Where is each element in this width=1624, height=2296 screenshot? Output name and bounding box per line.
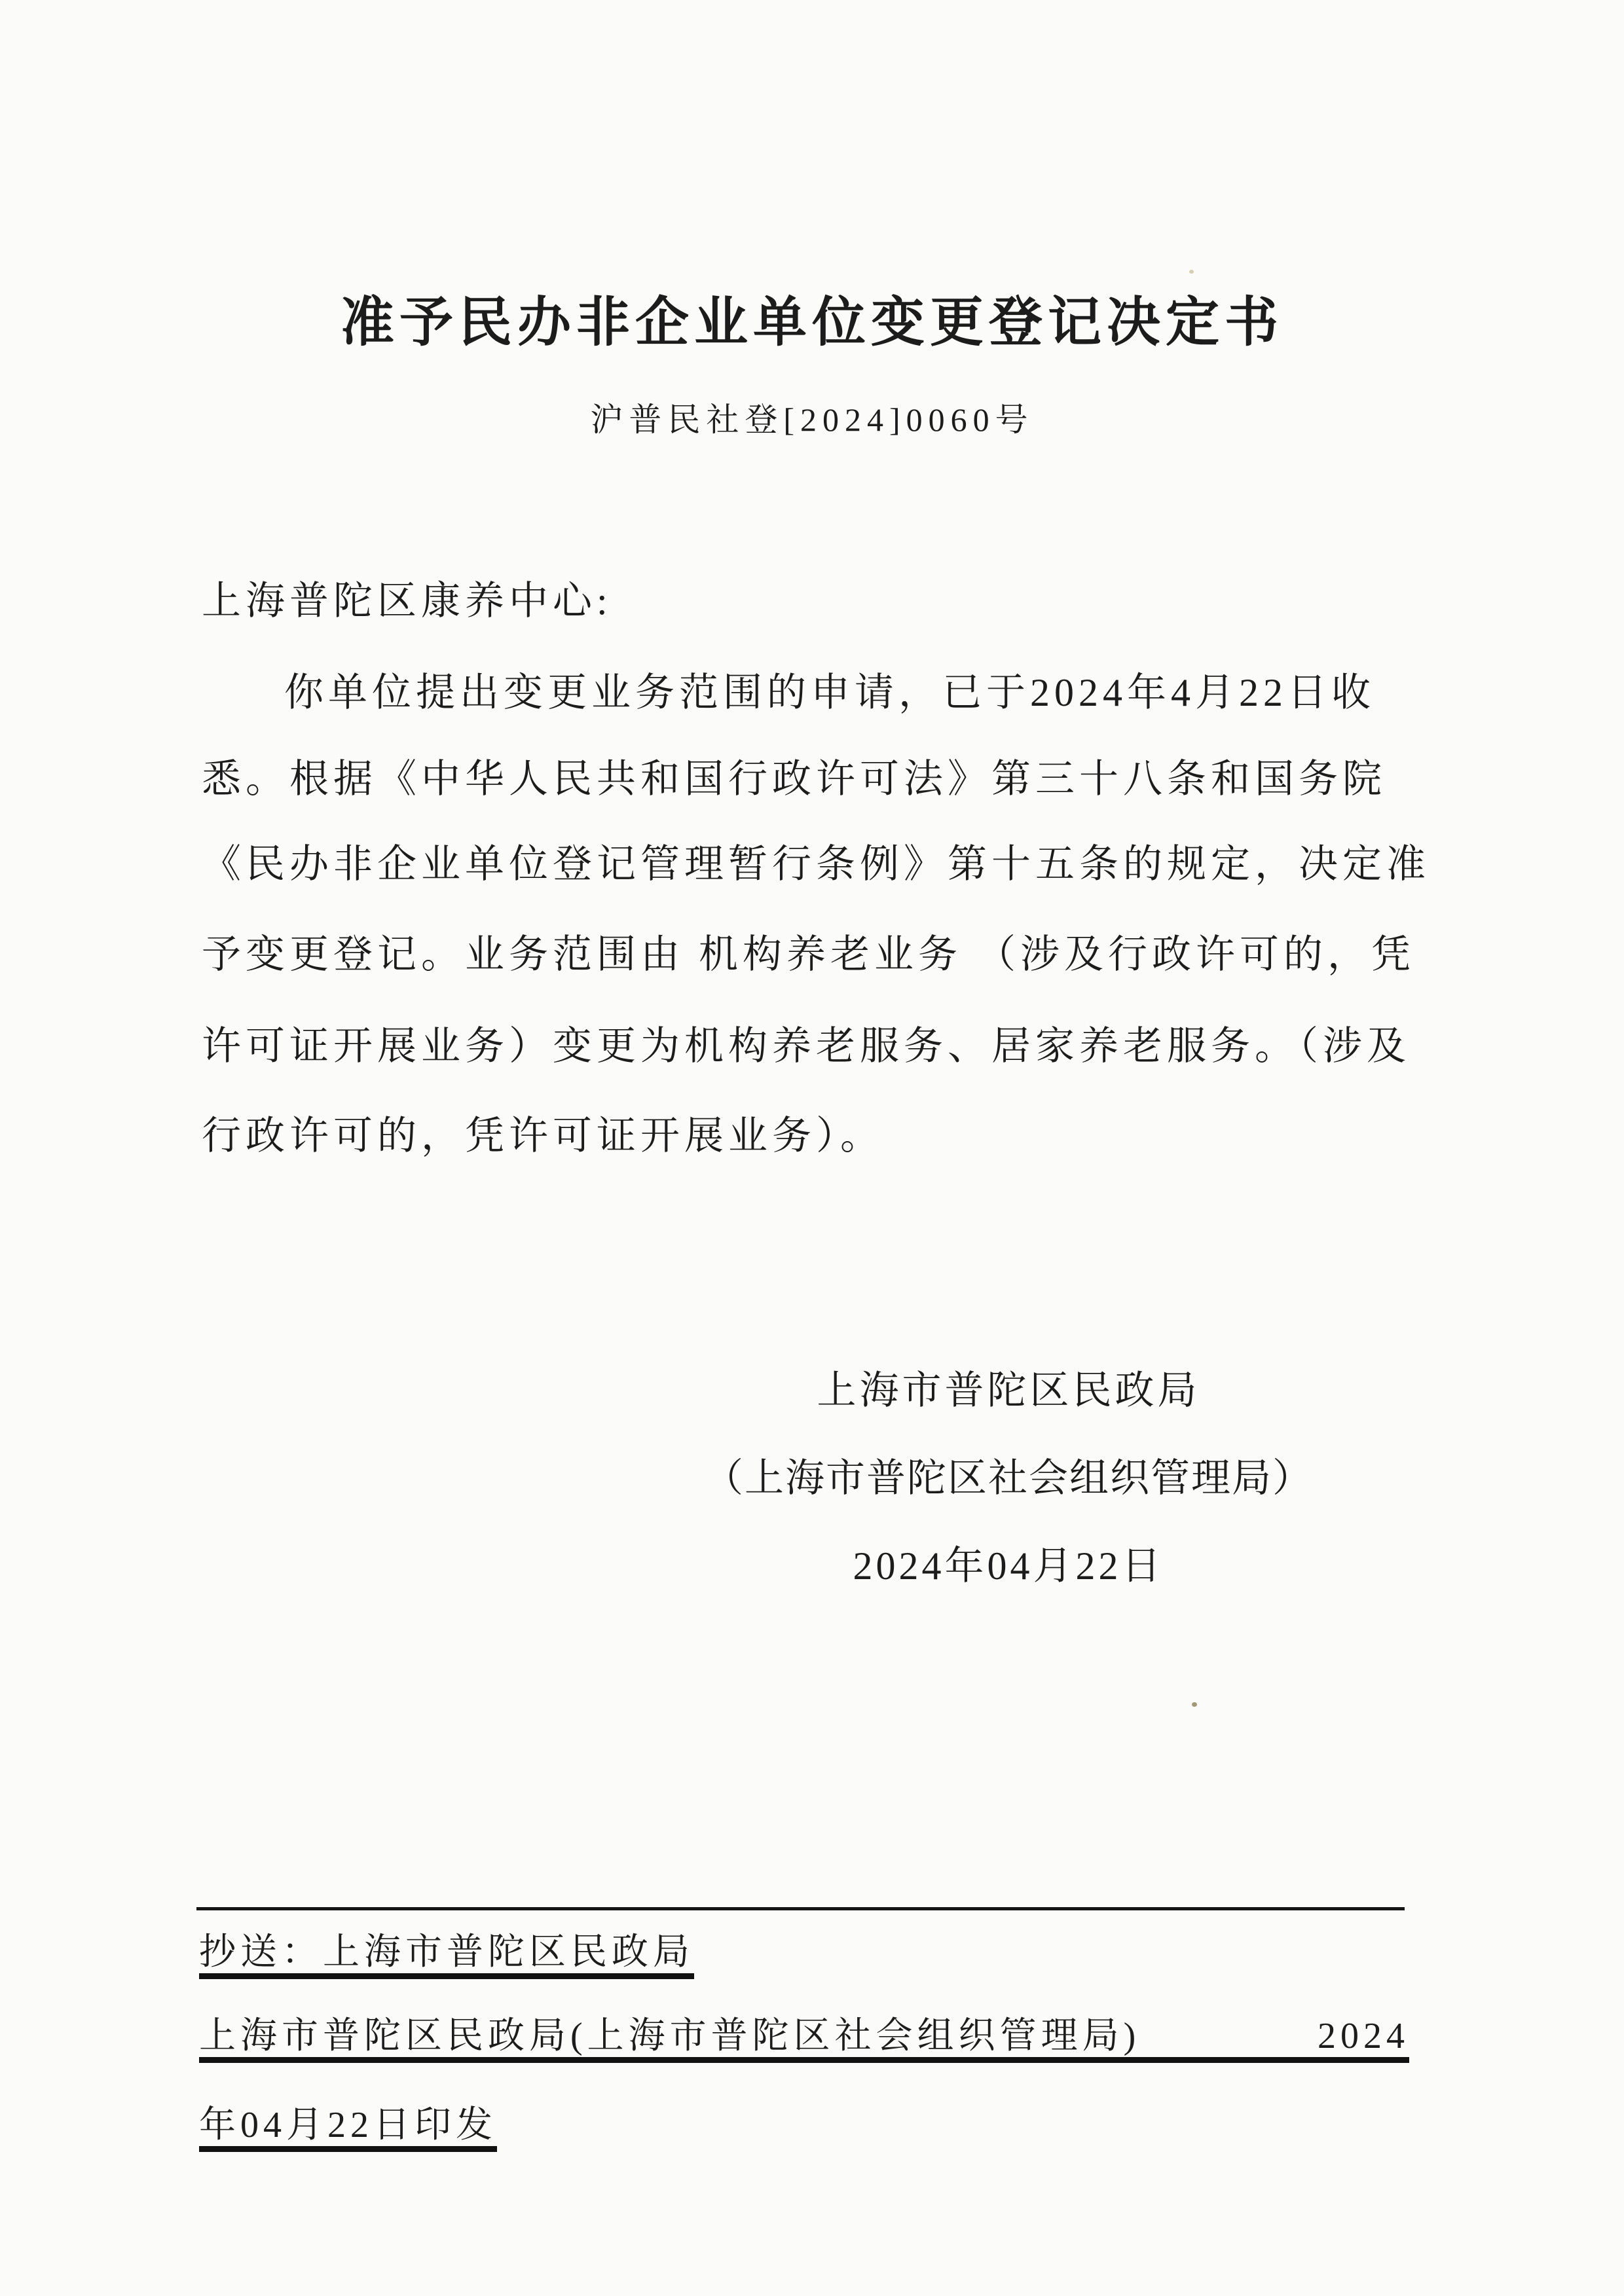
issuer-line: 上海市普陀区民政局(上海市普陀区社会组织管理局) 2024 (199, 2016, 1409, 2063)
issue-date-line: 年04月22日印发 (199, 2105, 497, 2152)
footer-separator-line (196, 1907, 1405, 1910)
body-line: 予变更登记。业务范围由 机构养老业务 （涉及行政许可的，凭 (202, 935, 1415, 974)
body-line: 《民办非企业单位登记管理暂行条例》第十五条的规定，决定准 (202, 845, 1430, 884)
issuer-text: 上海市普陀区民政局(上海市普陀区社会组织管理局) (199, 2016, 1140, 2057)
document-page: 准予民办非企业单位变更登记决定书 沪普民社登[2024]0060号 上海普陀区康… (0, 0, 1624, 2296)
addressee-line: 上海普陀区康养中心: (202, 581, 612, 621)
issue-year: 2024 (1318, 2016, 1409, 2057)
page-title: 准予民办非企业单位变更登记决定书 (0, 296, 1624, 350)
body-line: 悉。根据《中华人民共和国行政许可法》第三十八条和国务院 (202, 759, 1386, 799)
signature-org: 上海市普陀区民政局 (393, 1371, 1624, 1410)
body-line: 你单位提出变更业务范围的申请，已于2024年4月22日收 (202, 673, 1375, 712)
body-line: 行政许可的，凭许可证开展业务）。 (202, 1116, 884, 1156)
doc-number: 沪普民社登[2024]0060号 (0, 403, 1624, 436)
cc-line: 抄送：上海市普陀区民政局 (199, 1933, 694, 1979)
signature-org-alt: （上海市普陀区社会组织管理局） (393, 1459, 1624, 1498)
signature-date: 2024年04月22日 (393, 1546, 1624, 1586)
body-line: 许可证开展业务）变更为机构养老服务、居家养老服务。（涉及 (202, 1027, 1411, 1066)
scan-speck (1192, 1702, 1197, 1707)
scan-speck (1189, 270, 1194, 274)
